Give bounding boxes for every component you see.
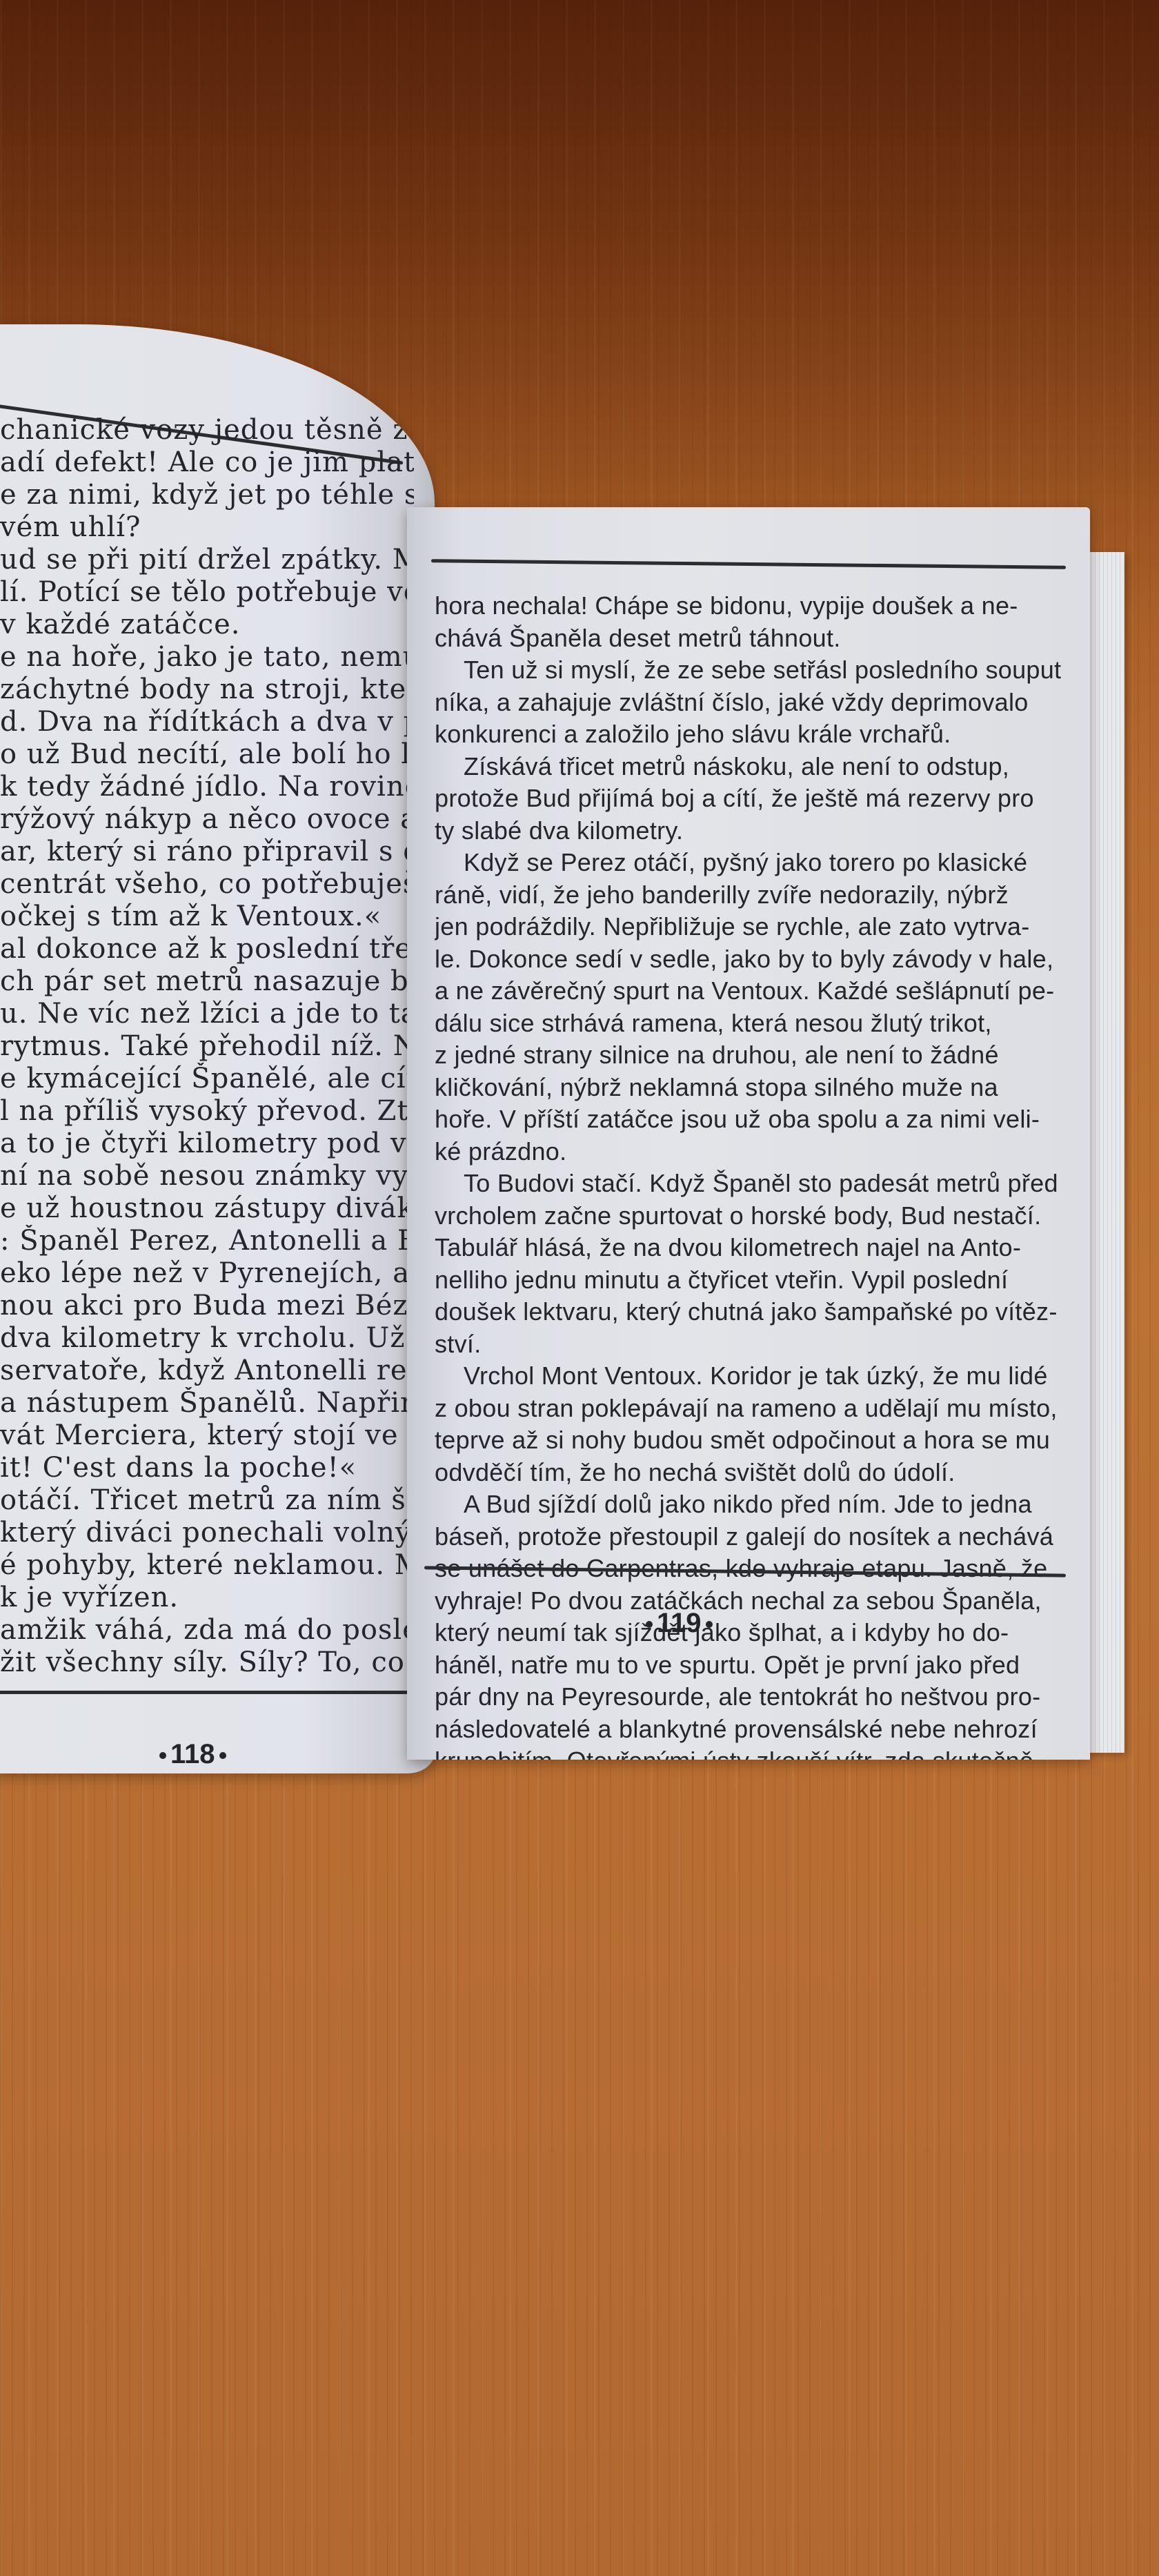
text-line: le. Dokonce sedí v sedle, jako by to byl… [435, 943, 1062, 976]
text-line: eko lépe než v Pyrenejích, ale zaplatil … [0, 1257, 414, 1290]
text-line: e za nimi, když jet po téhle silnici je … [0, 479, 414, 511]
text-line: žit všechny síly. Síly? To, co mu ta dáb… [0, 1646, 414, 1679]
text-line: ty slabé dva kilometry. [435, 815, 1062, 847]
text-line: chává Španěla deset metrů táhnout. [435, 622, 1062, 655]
text-line: k tedy žádné jídlo. Na rovině spolykal c… [0, 771, 414, 803]
text-line: odvděčí tím, že ho nechá svištět dolů do… [435, 1457, 1062, 1489]
right-page: hora nechala! Chápe se bidonu, vypije do… [407, 507, 1090, 1760]
right-page-number: 119 [642, 1608, 717, 1639]
text-line: který neumí tak sjíždět jako šplhat, a i… [435, 1617, 1062, 1649]
text-line: adí defekt! Ale co je jim platná ochrana… [0, 446, 414, 479]
text-line: Získává třicet metrů náskoku, ale není t… [435, 751, 1062, 783]
text-line: vém uhlí? [0, 511, 414, 544]
text-line: amžik váhá, zda má do posledních dvou k [0, 1614, 414, 1646]
text-line: Ten už si myslí, že ze sebe setřásl posl… [435, 654, 1062, 687]
text-line: Když se Perez otáčí, pyšný jako torero p… [435, 847, 1062, 879]
text-line: v každé zatáčce. [0, 609, 414, 641]
right-header-rule [431, 559, 1066, 569]
text-line: vrcholem začne spurtovat o horské body, … [435, 1200, 1062, 1232]
text-line: háněl, natře mu to ve spurtu. Opět je pr… [435, 1649, 1062, 1682]
text-line: otáčí. Třicet metrů za ním šněruje Ital [0, 1484, 414, 1517]
text-line: To Budovi stačí. Když Španěl sto padesát… [435, 1168, 1062, 1200]
text-line: dálu sice strhává ramena, která nesou žl… [435, 1007, 1062, 1040]
text-line: ství. [435, 1328, 1062, 1361]
text-line: al dokonce až k poslední třetině hory. [0, 933, 414, 965]
text-line: rýžový nákyp a něco ovoce a teď mu pom [0, 803, 414, 836]
text-line: centrát všeho, co potřebuješ,« říkal mu [0, 868, 414, 901]
text-line: o už Bud necítí, ale bolí ho lokty z pře… [0, 738, 414, 771]
text-line: záchytné body na stroji, který vší silou [0, 674, 414, 706]
text-line: a ne závěrečný spurt na Ventoux. Každé s… [435, 975, 1062, 1007]
text-line: hoře. V příští zatáčce jsou už oba spolu… [435, 1103, 1062, 1136]
text-line: pár dny na Peyresourde, ale tentokrát ho… [435, 1681, 1062, 1713]
left-page: chanické vozy jedou těsně za nimi. Nikoh… [0, 324, 435, 1773]
text-line: e kymácející Španělé, ale cítil, že až d… [0, 1063, 414, 1095]
folio-dot-icon [159, 1752, 166, 1759]
text-line: ké prázdno. [435, 1136, 1062, 1168]
text-line: níka, a zahajuje zvláštní číslo, jaké vž… [435, 687, 1062, 719]
text-line: : Španěl Perez, Antonelli a Bud. Merlin … [0, 1225, 414, 1257]
text-line: lí. Potící se tělo potřebuje vodu a náva… [0, 576, 414, 609]
text-line: ch pár set metrů nasazuje bidon k [0, 965, 414, 998]
text-line: dva kilometry k vrcholu. Už je vidět i v… [0, 1322, 414, 1355]
text-line: Tabulář hlásá, že na dvou kilometrech na… [435, 1232, 1062, 1264]
left-page-number-text: 118 [170, 1739, 215, 1769]
text-line: který diváci ponechali volný, a jsou to … [0, 1517, 414, 1549]
text-line: ar, který si ráno připravil s doktorem L… [0, 836, 414, 868]
text-line: A Bud sjíždí dolů jako nikdo před ním. J… [435, 1488, 1062, 1521]
text-line: e už houstnou zástupy diváků, jsou na šp… [0, 1192, 414, 1225]
text-line: a nástupem Španělů. Napřimuje se a Bud [0, 1387, 414, 1419]
text-line: nou akci pro Buda mezi Béziers a Marseil… [0, 1290, 414, 1322]
text-line: d. Dva na řídítkách a dva v pedálech. Na [0, 706, 414, 738]
text-line: Vrchol Mont Ventoux. Koridor je tak úzký… [435, 1360, 1062, 1393]
text-line: ráně, vidí, že jeho banderilly zvíře ned… [435, 879, 1062, 912]
text-line: následovatelé a blankytné provensálské n… [435, 1713, 1062, 1746]
text-line: protože Bud přijímá boj a cítí, že ještě… [435, 783, 1062, 815]
text-line: vát Merciera, který stojí ve voze: »Vas-… [0, 1419, 414, 1452]
text-line: é pohyby, které neklamou. Mercier má pra [0, 1549, 414, 1582]
folio-dot-icon [219, 1752, 226, 1759]
text-line: teprve až si nohy budou smět odpočinout … [435, 1424, 1062, 1457]
text-line: krupobitím. Otevřenými ústy zkouší vítr,… [435, 1745, 1062, 1760]
right-page-number-text: 119 [657, 1608, 702, 1638]
text-line: a to je čtyři kilometry pod vrcholem dob… [0, 1128, 414, 1160]
text-line: rytmus. Také přehodil níž. Ne tak nízko,… [0, 1030, 414, 1063]
text-line: k je vyřízen. [0, 1582, 414, 1614]
left-footer-rule [0, 1691, 421, 1694]
text-line: báseň, protože přestoupil z galejí do no… [435, 1521, 1062, 1553]
text-line: e na hoře, jako je tato, nemůžeš jíst. P… [0, 641, 414, 674]
folio-dot-icon [646, 1621, 653, 1628]
left-page-number: 118 [155, 1739, 230, 1770]
text-line: servatoře, když Antonelli rezignuje před [0, 1355, 414, 1387]
text-line: it! C'est dans la poche!« [0, 1452, 414, 1484]
text-line: ní na sobě nesou známky vyčerpání. O kil… [0, 1160, 414, 1192]
text-line: doušek lektvaru, který chutná jako šampa… [435, 1296, 1062, 1328]
text-line: hora nechala! Chápe se bidonu, vypije do… [435, 590, 1062, 622]
text-line: vyhraje! Po dvou zatáčkách nechal za seb… [435, 1585, 1062, 1618]
text-line: kličkování, nýbrž neklamná stopa silného… [435, 1072, 1062, 1104]
text-line: nelliho jednu minutu a čtyřicet vteřin. … [435, 1264, 1062, 1297]
text-line: ud se při pití držel zpátky. Možná až mo… [0, 544, 414, 576]
folio-dot-icon [706, 1621, 713, 1628]
text-line: l na příliš vysoký převod. Ztěžklé nohy … [0, 1095, 414, 1128]
text-line: konkurenci a založilo jeho slávu krále v… [435, 718, 1062, 751]
right-page-text: hora nechala! Chápe se bidonu, vypije do… [435, 590, 1062, 1760]
text-line: z jedné strany silnice na druhou, ale ne… [435, 1039, 1062, 1072]
left-page-text: chanické vozy jedou těsně za nimi. Nikoh… [0, 414, 414, 1679]
text-line: jen podráždily. Nepřibližuje se rychle, … [435, 911, 1062, 943]
text-line: u. Ne víc než lžíci a jde to tak rychle,… [0, 998, 414, 1030]
text-line: chanické vozy jedou těsně za nimi. Nikoh… [0, 414, 414, 446]
text-line: z obou stran poklepávají na rameno a udě… [435, 1393, 1062, 1425]
text-line: očkej s tím až k Ventoux.« [0, 901, 414, 933]
